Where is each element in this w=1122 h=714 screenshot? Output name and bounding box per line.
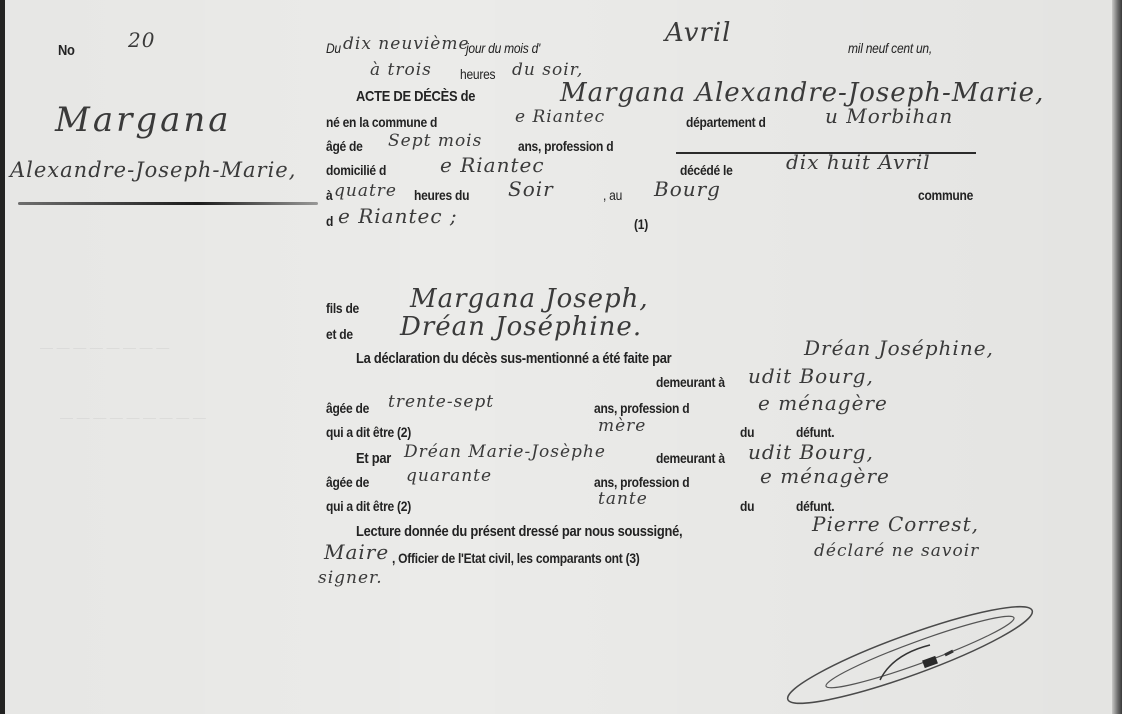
- page-left-border: [0, 0, 5, 714]
- declarant2-intro: Et par: [356, 450, 391, 467]
- margin-underline: [18, 202, 318, 205]
- domicile-value: e Riantec: [440, 153, 545, 177]
- declarant2-relation: tante: [598, 489, 648, 509]
- declarant2-name: Dréan Marie-Josèphe: [404, 442, 606, 462]
- hour-of-label: heures du: [414, 187, 469, 203]
- heures-label: heures: [460, 66, 495, 82]
- deceased-on-label: décédé le: [680, 162, 733, 178]
- declarant1-residence-label: demeurant à: [656, 374, 725, 390]
- declarant1-profession: e ménagère: [758, 391, 888, 415]
- declarant2-profession-label: ans, profession d: [594, 474, 689, 490]
- death-date: dix huit Avril: [786, 150, 931, 174]
- father-name: Margana Joseph,: [410, 284, 649, 314]
- declarant2-relation-label: qui a dit être (2): [326, 498, 411, 514]
- department-label: département d: [686, 114, 766, 130]
- officer-title: Maire: [324, 540, 389, 564]
- death-hour-prefix: à: [326, 187, 332, 203]
- and-of-label: et de: [326, 326, 353, 342]
- born-commune: e Riantec: [515, 107, 605, 127]
- declarant1-age: trente-sept: [388, 392, 494, 412]
- mother-name: Dréan Joséphine.: [400, 312, 642, 342]
- note-1: (1): [634, 216, 648, 232]
- page-binding-edge: [1112, 0, 1122, 714]
- department-value: u Morbihan: [825, 104, 953, 128]
- born-label: né en la commune d: [326, 114, 437, 130]
- declarant1-defunt-label: défunt.: [796, 424, 834, 440]
- number-label: No: [58, 42, 75, 59]
- declarant2-du-label: du: [740, 498, 754, 514]
- act-number: 20: [128, 28, 155, 52]
- declarant1-profession-label: ans, profession d: [594, 400, 689, 416]
- day-value: dix neuvième: [343, 34, 470, 54]
- margin-given-names: Alexandre-Joseph-Marie,: [10, 158, 296, 182]
- officer-name: Pierre Correst,: [812, 512, 979, 536]
- du-label: Du: [326, 40, 341, 56]
- deceased-name: Margana Alexandre-Joseph-Marie,: [560, 78, 1044, 108]
- time-of-day: du soir,: [512, 60, 583, 80]
- hour-value: à trois: [370, 60, 432, 80]
- death-hour: quatre: [334, 181, 397, 201]
- margin-surname: Margana: [55, 100, 232, 140]
- death-time: Soir: [508, 177, 554, 201]
- document-page: — — — — — — — — — — — — — — — — — No 20 …: [0, 0, 1122, 714]
- declarant1-du-label: du: [740, 424, 754, 440]
- declaration-end: signer.: [318, 568, 383, 588]
- act-title: ACTE DE DÉCÈS de: [356, 88, 475, 105]
- declarant1-residence: udit Bourg,: [748, 364, 874, 388]
- son-of-label: fils de: [326, 300, 359, 316]
- mayor-signature-icon: [780, 600, 1040, 710]
- declaration-intro: La déclaration du décès sus-mentionné a …: [356, 350, 671, 367]
- declarant1-name: Dréan Joséphine,: [804, 336, 994, 360]
- domicile-label: domicilié d: [326, 162, 386, 178]
- place-separator: , au: [603, 187, 622, 203]
- bleed-through-text: — — — — — — — — —: [60, 410, 206, 425]
- year-label: mil neuf cent un,: [848, 40, 932, 56]
- death-place: Bourg: [654, 177, 721, 201]
- bleed-through-text: — — — — — — — —: [40, 340, 169, 355]
- officer-label: , Officier de l'Etat civil, les comparan…: [392, 550, 640, 566]
- age-label: âgé de: [326, 138, 363, 154]
- declarant2-residence-label: demeurant à: [656, 450, 725, 466]
- declarant2-profession: e ménagère: [760, 464, 890, 488]
- declarant2-residence: udit Bourg,: [748, 440, 874, 464]
- month-label: jour du mois d': [466, 40, 540, 56]
- lecture-text: Lecture donnée du présent dressé par nou…: [356, 523, 682, 540]
- profession-label: ans, profession d: [518, 138, 613, 154]
- commune-label: commune: [918, 187, 973, 203]
- declarant2-age: quarante: [406, 466, 492, 486]
- month-value: Avril: [665, 18, 731, 48]
- commune-prefix: d: [326, 213, 333, 229]
- declarant1-relation: mère: [598, 416, 646, 436]
- declaration-text: déclaré ne savoir: [814, 541, 979, 561]
- age-value: Sept mois: [388, 131, 482, 151]
- declarant2-age-label: âgée de: [326, 474, 369, 490]
- declarant1-age-label: âgée de: [326, 400, 369, 416]
- declarant1-relation-label: qui a dit être (2): [326, 424, 411, 440]
- commune-value: e Riantec ;: [338, 204, 458, 228]
